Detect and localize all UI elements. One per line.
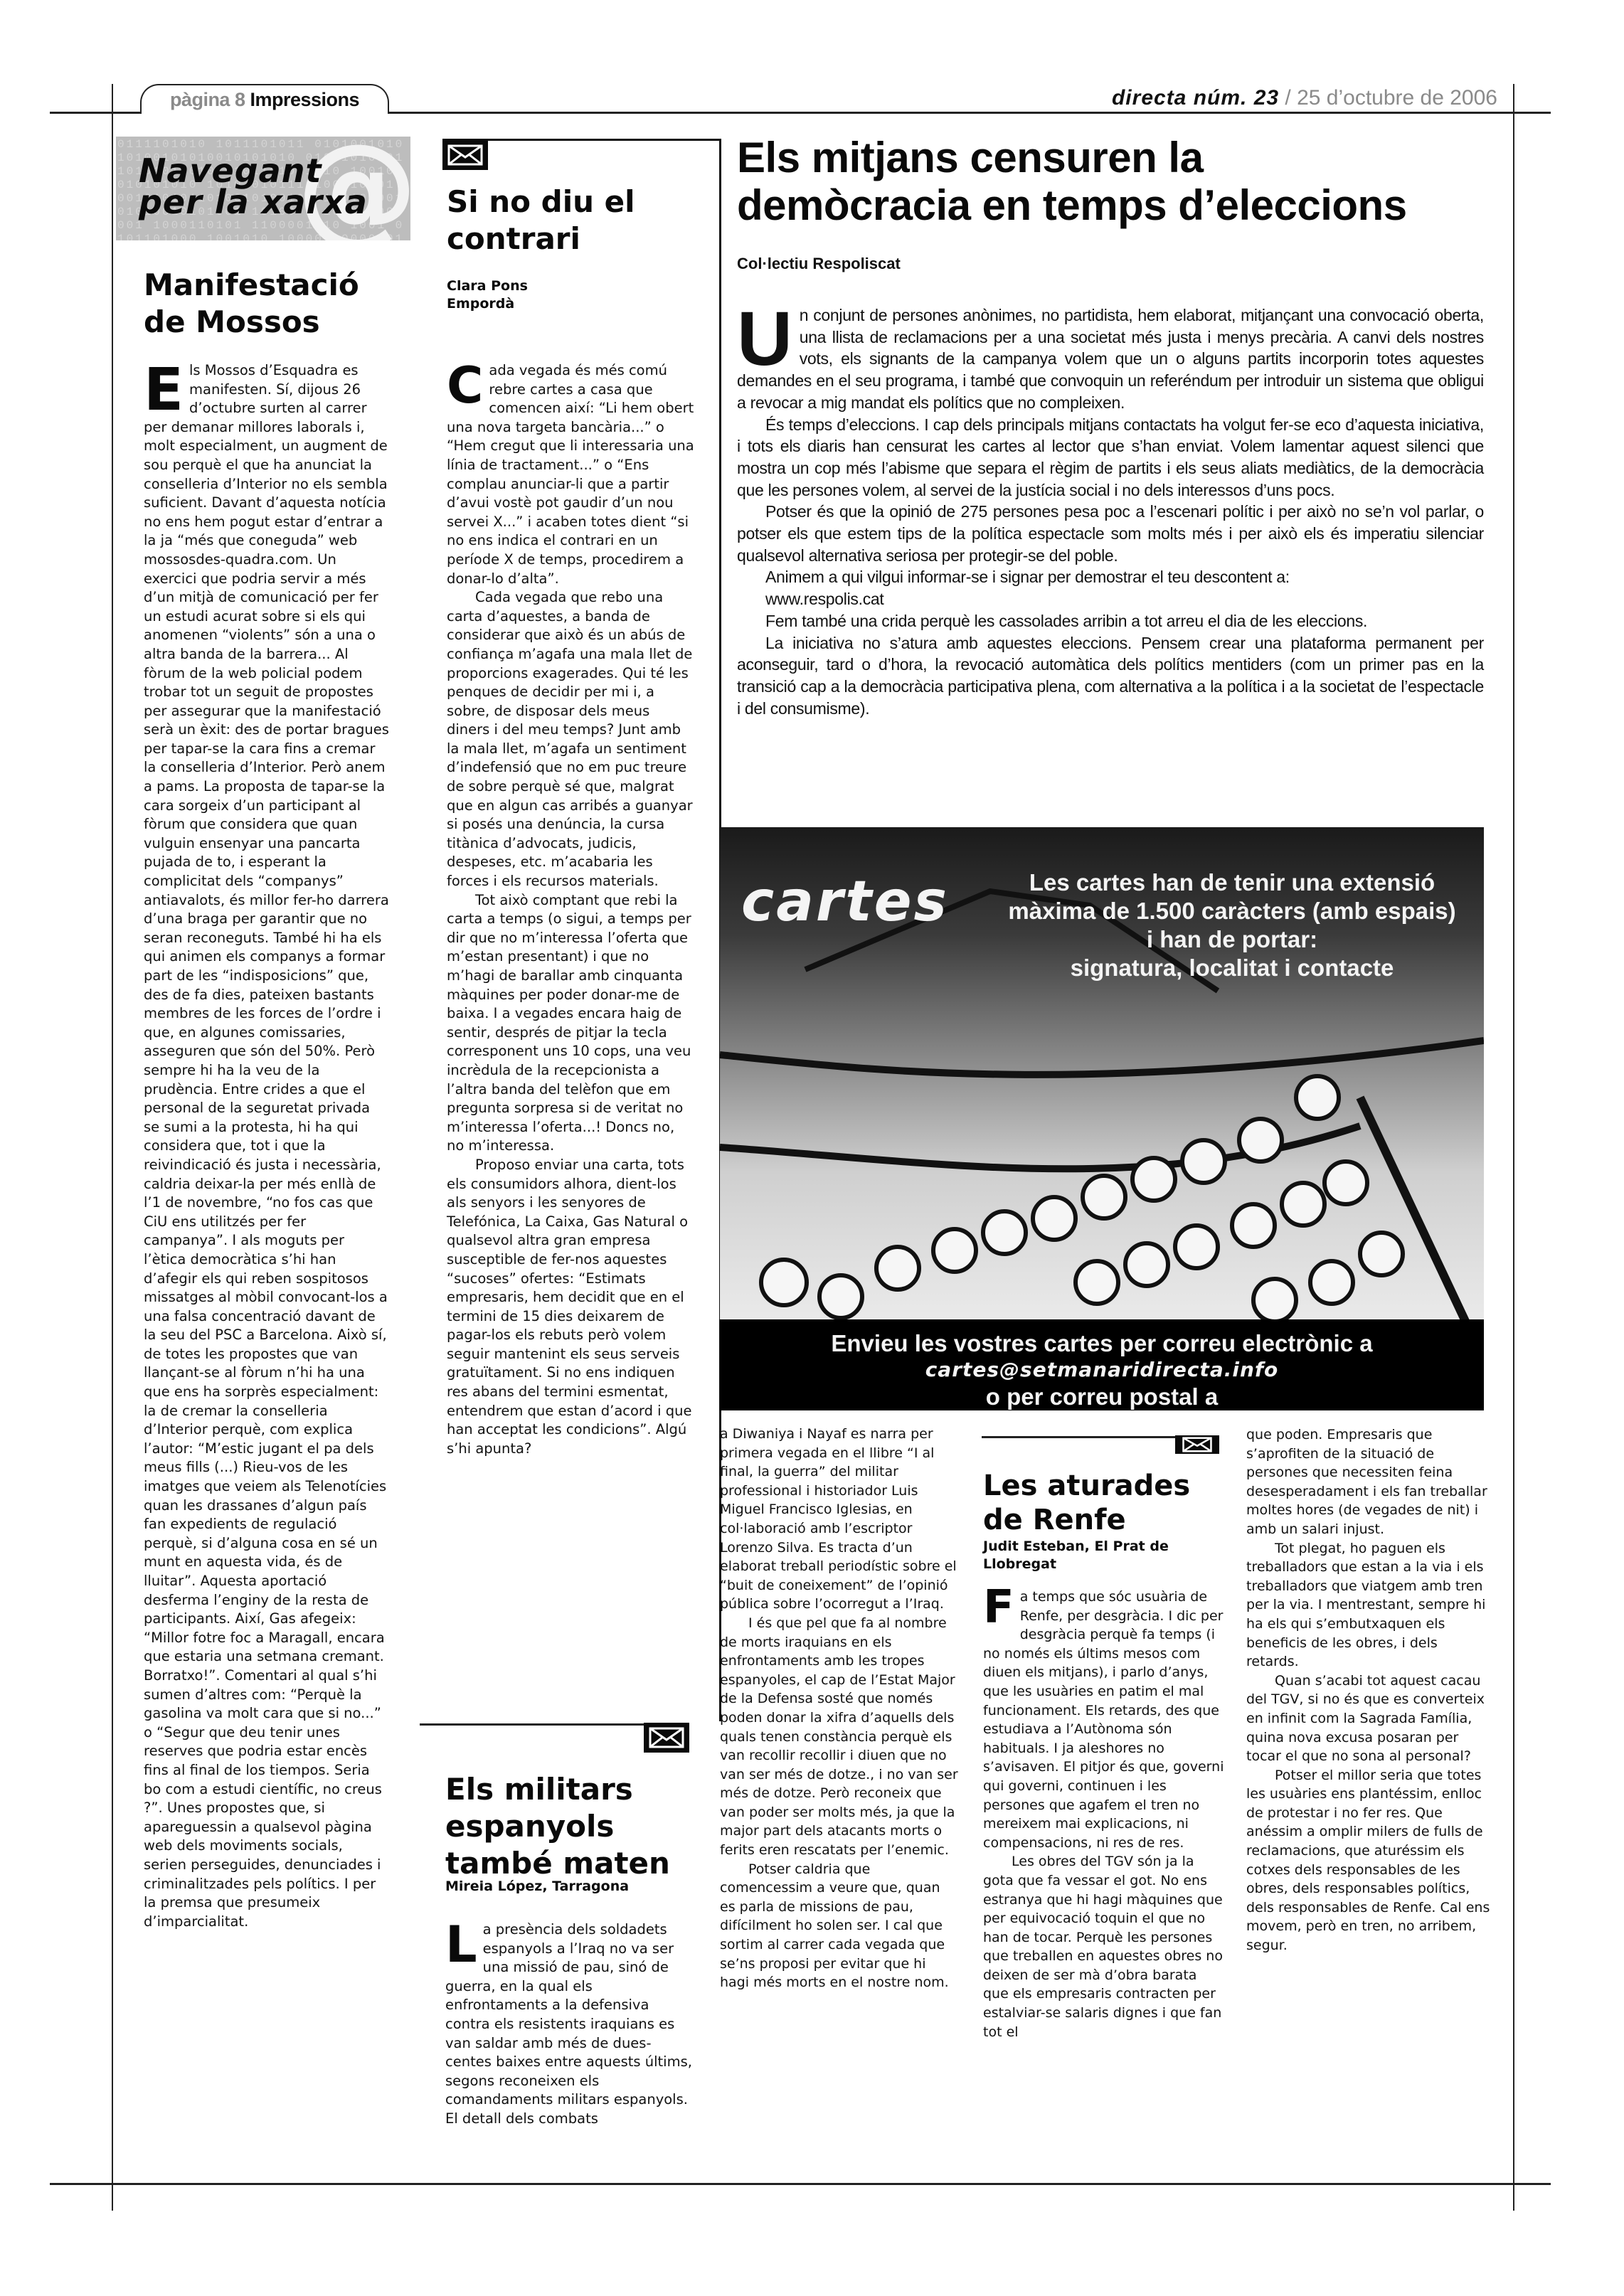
right-margin-rule [1513,84,1514,2211]
letter-separator [982,1436,1184,1438]
letter-title: Si no diu el contrari [447,184,681,257]
footer-rule [50,2183,1551,2185]
dropcap: C [447,366,483,405]
main-headline: Els mitjans censuren la demòcracia en te… [737,134,1491,229]
cartes-contact: Envieu les vostres cartes per correu ele… [720,1325,1484,1410]
cartes-rules: Les cartes han de tenir una extensió màx… [990,868,1474,982]
letter-author: Clara Pons [447,277,528,295]
letter-body-continued: a Diwaniya i Nayaf es narra per primera … [720,1425,958,1992]
letter-body: F a temps que sóc usuària de Renfe, per … [983,1588,1225,2041]
letter-byline: Mireia López, Tarragona [445,1878,629,1896]
letter-place: Empordà [447,295,514,313]
letter-body: L a presència dels soldadets espanyols a… [445,1920,696,2129]
section-name: Impressions [250,89,359,110]
letter-title: Els militars espanyols també maten [445,1771,673,1882]
page-number: pàgina 8 [170,89,245,110]
envelope-icon [644,1723,689,1753]
respolis-link[interactable]: www.respolis.cat [737,588,1484,610]
dropcap: U [737,307,792,370]
dropcap: E [144,366,184,415]
left-margin-rule [112,84,113,2211]
cartes-email-link[interactable]: cartes@setmanaridirecta.info [720,1358,1484,1382]
letter-title: Les aturades de Renfe [983,1469,1221,1537]
letter-byline: Judit Esteban, El Prat de Llobregat [983,1538,1211,1573]
article-body: E ls Mossos d’Esquadra es manifesten. Sí… [144,361,389,1931]
cartes-wordmark: cartes [741,870,949,934]
letter-body: C ada vegada és més comú rebre cartes a … [447,361,696,1458]
envelope-icon [1175,1435,1219,1454]
masthead: directa núm. 23 / 25 d’octubre de 2006 [1112,84,1497,112]
masthead-separator: / [1285,86,1290,110]
main-byline: Col·lectiu Respoliscat [737,255,901,273]
section-tab: pàgina 8 Impressions [140,84,389,114]
main-article-body: U n conjunt de persones anònimes, no par… [737,304,1484,719]
letter-body-continued: que poden. Empresaris que s’aprofiten de… [1246,1425,1492,1955]
cartes-advert: cartes Les cartes han de tenir una exten… [720,827,1484,1410]
article-title: Manifestació de Mossos [144,267,378,341]
letter-separator [420,1723,647,1726]
dropcap: L [445,1925,477,1965]
dropcap: F [983,1589,1014,1626]
publication-issue: directa núm. 23 [1112,86,1279,110]
envelope-icon [442,140,488,170]
navegant-banner: 0111101010 1011101011 010100101010100101… [116,137,410,240]
banner-title: Navegant per la xarxa [139,155,368,218]
issue-date: 25 d’octubre de 2006 [1297,86,1497,110]
